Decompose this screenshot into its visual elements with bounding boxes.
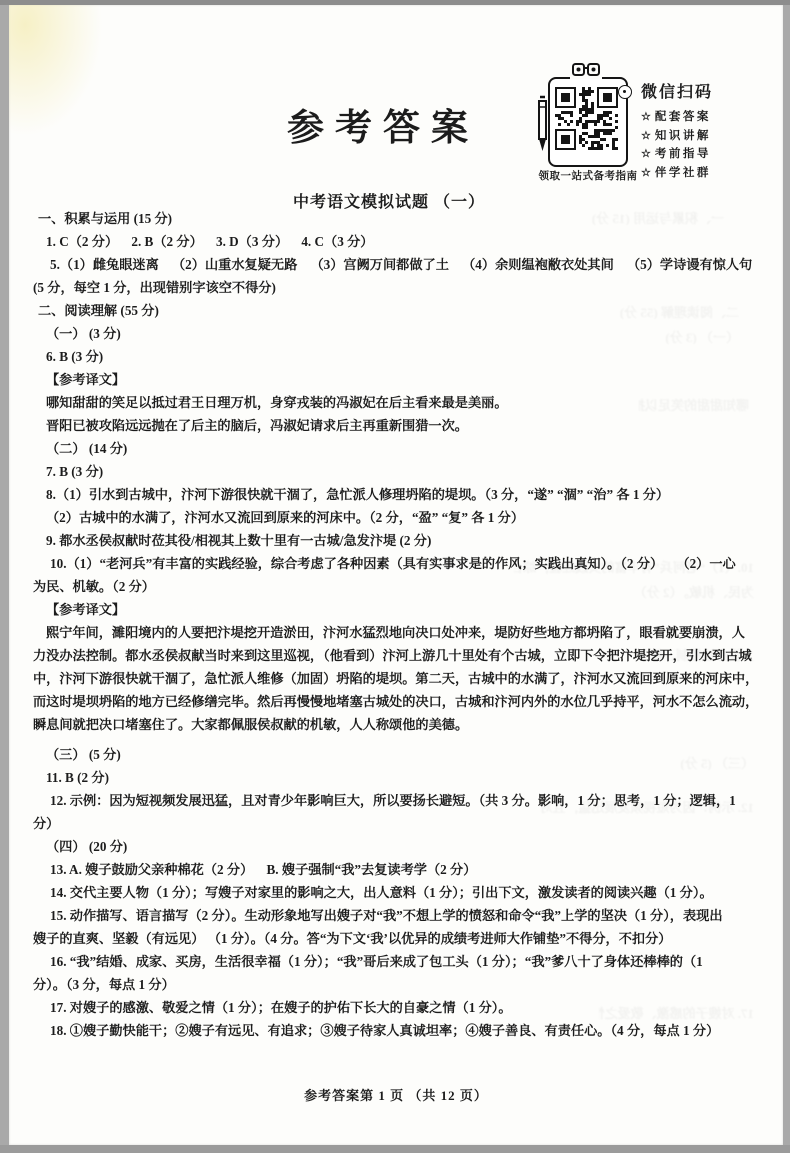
- qr-frame: [548, 77, 628, 167]
- qr-feature-item: ☆知识讲解: [641, 127, 713, 146]
- answer-line: 12. 示例：因为短视频发展迅猛，且对青少年影响巨大，所以要扬长避短。（共 3 …: [33, 789, 759, 812]
- star-icon: ☆: [641, 111, 651, 123]
- answer-line: 熙宁年间，濉阳境内的人要把汴堤挖开造淤田，汴河水猛烈地向决口处冲来，堤防好些地方…: [33, 621, 759, 644]
- answer-line: 16. “我”结婚、成家、买房，生活很幸福（1 分）；“我”哥后来成了包工头（1…: [33, 950, 759, 973]
- wechat-info: 微信扫码 ☆配套答案☆知识讲解☆考前指导☆伴学社群: [641, 79, 713, 182]
- scan-border-bottom: [0, 1145, 790, 1153]
- qr-feature-label: 配套答案: [655, 111, 711, 123]
- answer-line: 【参考译文】: [33, 368, 759, 391]
- answer-line: （二） (14 分): [33, 437, 759, 460]
- answer-line: 【参考译文】: [33, 598, 759, 621]
- answer-line: 而这时堤坝坍陷的地方已经修缮完毕。然后再慢慢地堵塞古城处的决口，古城和汴河内外的…: [33, 690, 759, 713]
- answer-line: （2）古城中的水满了，汴河水又流回到原来的河床中。（2 分，“盈” “复” 各 …: [33, 506, 759, 529]
- star-icon: ☆: [641, 167, 651, 179]
- answer-line: 中，汴河下游很快就干涸了，急忙派人维修（加固）坍陷的堤坝。第二天，古城中的水满了…: [33, 667, 759, 690]
- scanned-answer-sheet: { "header": { "title": "参考答案", "subtitle…: [0, 0, 790, 1153]
- page-footer: 参考答案第 1 页 （共 12 页）: [9, 1085, 783, 1104]
- wechat-scan-heading: 微信扫码: [641, 79, 713, 102]
- qr-caption: 领取一站式备考指南: [538, 168, 638, 183]
- answer-line: 分）。（3 分，每点 1 分）: [33, 973, 759, 996]
- answer-line: （四） (20 分): [33, 835, 759, 858]
- scanned-page: 一、积累与运用 (15 分)二、阅读理解 (55 分)（一） (3 分)哪知甜甜…: [9, 5, 783, 1145]
- qr-feature-label: 考前指导: [655, 148, 711, 160]
- answer-line: 一、积累与运用 (15 分): [33, 207, 759, 230]
- answer-body: 一、积累与运用 (15 分)1. C（2 分） 2. B（2 分） 3. D（3…: [33, 207, 759, 1042]
- answer-line: 10.（1）“老河兵”有丰富的实践经验，综合考虑了各种因素（具有实事求是的作风；…: [33, 552, 759, 575]
- answer-line: 力没办法控制。都水丞侯叔献当时来到这里巡视，（他看到）汴河上游几十里处有个古城，…: [33, 644, 759, 667]
- answer-line: 1. C（2 分） 2. B（2 分） 3. D（3 分） 4. C（3 分）: [33, 230, 759, 253]
- glasses-icon: [570, 61, 602, 79]
- answer-line: 8.（1）引水到古城中，汴河下游很快就干涸了，急忙派人修理坍陷的堤坝。（3 分，…: [33, 483, 759, 506]
- answer-line: 5.（1）雌兔眼迷离 （2）山重水复疑无路 （3）宫阙万间都做了土 （4）余则缊…: [33, 253, 759, 276]
- qr-feature-list: ☆配套答案☆知识讲解☆考前指导☆伴学社群: [641, 108, 713, 182]
- answer-line: 瞬息间就把决口堵塞住了。大家都佩服侯叔献的机敏，人人称颂他的美德。: [33, 713, 759, 736]
- answer-line: 13. A. 嫂子鼓励父亲种棉花（2 分） B. 嫂子强制“我”去复读考学（2 …: [33, 858, 759, 881]
- answer-line: 15. 动作描写、语言描写（2 分）。生动形象地写出嫂子对“我”不想上学的愤怒和…: [33, 904, 759, 927]
- star-icon: ☆: [641, 130, 651, 142]
- answer-line: （一） (3 分): [33, 322, 759, 345]
- answer-line: 晋阳已被攻陷远远抛在了后主的脑后，冯淑妃请求后主再重新围猎一次。: [33, 414, 759, 437]
- answer-line: 6. B (3 分): [33, 345, 759, 368]
- answer-line: 二、阅读理解 (55 分): [33, 299, 759, 322]
- qr-feature-item: ☆配套答案: [641, 108, 713, 127]
- qr-feature-label: 伴学社群: [655, 167, 711, 179]
- answer-line: 嫂子的直爽、坚毅（有远见） （1 分）。（4 分。答“为下文‘我’以优异的成绩考…: [33, 927, 759, 950]
- answer-line: 11. B (2 分): [33, 766, 759, 789]
- page-title: 参考答案: [287, 97, 479, 151]
- qr-feature-item: ☆伴学社群: [641, 164, 713, 183]
- answer-line: 分）: [33, 812, 759, 835]
- scan-stain: [9, 5, 109, 145]
- wechat-qr-panel: 领取一站式备考指南 微信扫码 ☆配套答案☆知识讲解☆考前指导☆伴学社群: [536, 67, 783, 187]
- target-circle-icon: [618, 85, 632, 99]
- answer-line: （三） (5 分): [33, 743, 759, 766]
- qr-code: [555, 87, 618, 150]
- answer-line: (5 分，每空 1 分，出现错别字该空不得分): [33, 276, 759, 299]
- answer-line: 哪知甜甜的笑足以抵过君王日理万机，身穿戎装的冯淑妃在后主看来最是美丽。: [33, 391, 759, 414]
- qr-feature-label: 知识讲解: [655, 130, 711, 142]
- answer-line: 17. 对嫂子的感激、敬爱之情（1 分）；在嫂子的护佑下长大的自豪之情（1 分）…: [33, 996, 759, 1019]
- answer-line: 为民、机敏。（2 分）: [33, 575, 759, 598]
- star-icon: ☆: [641, 148, 651, 160]
- answer-line: 7. B (3 分): [33, 460, 759, 483]
- answer-line: 14. 交代主要人物（1 分）；写嫂子对家里的影响之大，出人意料（1 分）；引出…: [33, 881, 759, 904]
- qr-feature-item: ☆考前指导: [641, 145, 713, 164]
- answer-line: 18. ①嫂子勤快能干；②嫂子有远见、有追求；③嫂子待家人真诚坦率；④嫂子善良、…: [33, 1019, 759, 1042]
- answer-line: 9. 都水丞侯叔献时莅其役/相视其上数十里有一古城/急发汴堤 (2 分): [33, 529, 759, 552]
